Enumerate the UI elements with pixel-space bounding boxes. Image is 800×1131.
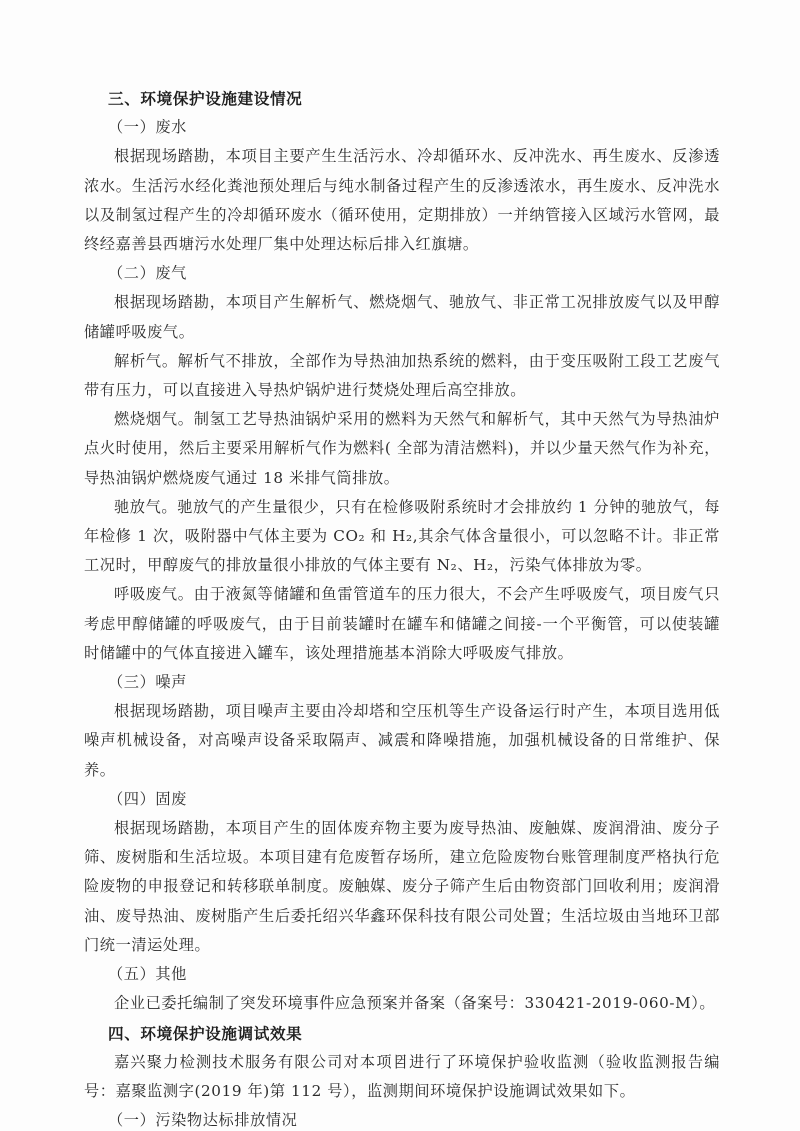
subsection-heading-other: （五）其他 <box>84 960 720 989</box>
subsection-heading-solid-waste: （四）固废 <box>84 785 720 814</box>
page-number: 2 <box>0 1052 800 1068</box>
paragraph-desorption-gas: 解析气。解析气不排放，全部作为导热油加热系统的燃料，由于变压吸附工段工艺废气带有… <box>84 347 720 405</box>
section-heading-environmental-facilities-construction: 三、环境保护设施建设情况 <box>84 84 720 113</box>
subsection-heading-waste-gas: （二）废气 <box>84 259 720 288</box>
subsection-heading-pollutant-compliance: （一）污染物达标排放情况 <box>84 1106 720 1131</box>
subsection-heading-wastewater: （一）废水 <box>84 113 720 142</box>
paragraph-combustion-flue-gas: 燃烧烟气。制氢工艺导热油锅炉采用的燃料为天然气和解析气，其中天然气为导热油炉点火… <box>84 405 720 493</box>
document-page: 三、环境保护设施建设情况 （一）废水 根据现场踏勘，本项目主要产生生活污水、冷却… <box>0 0 800 1131</box>
paragraph-waste-gas-overview: 根据现场踏勘，本项目产生解析气、燃烧烟气、驰放气、非正常工况排放废气以及甲醇储罐… <box>84 288 720 346</box>
subsection-heading-noise: （三）噪声 <box>84 668 720 697</box>
paragraph-wastewater: 根据现场踏勘，本项目主要产生生活污水、冷却循环水、反冲洗水、再生废水、反渗透浓水… <box>84 142 720 259</box>
paragraph-purge-gas: 驰放气。驰放气的产生量很少，只有在检修吸附系统时才会排放约 1 分钟的驰放气，每… <box>84 493 720 581</box>
paragraph-breathing-waste-gas: 呼吸废气。由于液氮等储罐和鱼雷管道车的压力很大，不会产生呼吸废气，项目废气只考虑… <box>84 580 720 668</box>
document-body: 三、环境保护设施建设情况 （一）废水 根据现场踏勘，本项目主要产生生活污水、冷却… <box>84 84 720 1131</box>
paragraph-noise: 根据现场踏勘，项目噪声主要由冷却塔和空压机等生产设备运行时产生，本项目选用低噪声… <box>84 697 720 785</box>
section-heading-facility-debugging-effect: 四、环境保护设施调试效果 <box>84 1019 720 1048</box>
paragraph-other: 企业已委托编制了突发环境事件应急预案并备案（备案号：330421-2019-06… <box>84 989 720 1018</box>
paragraph-solid-waste: 根据现场踏勘，本项目产生的固体废弃物主要为废导热油、废触媒、废润滑油、废分子筛、… <box>84 814 720 960</box>
